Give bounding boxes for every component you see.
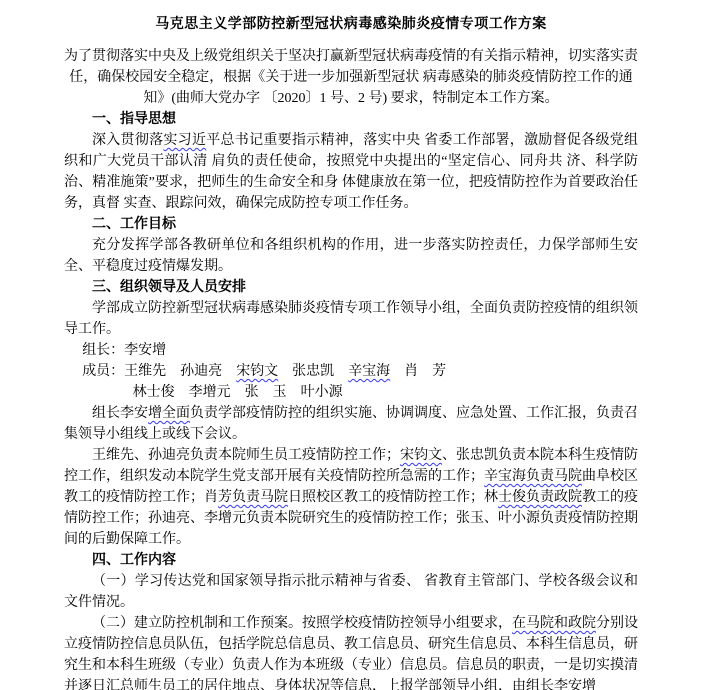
text-segment: 充分发挥学部各教研单位和各组织机构的作用，进一步落实防控责任，力保学部师生安全、… <box>64 238 638 274</box>
document-title: 马克思主义学部防控新型冠状病毒感染肺炎疫情专项工作方案 <box>64 14 638 35</box>
paragraph: （一）学习传达党和国家领导指示批示精神与省委、 省教育主管部门、学校各级会议和文… <box>64 571 638 613</box>
text-segment: 王维先、孙迪亮负责本院师生员工疫情防控工作； <box>92 448 400 463</box>
paragraph: 林士俊 李增元 张 玉 叶小源 <box>64 382 638 403</box>
paragraph: 学部成立防控新型冠状病毒感染肺炎疫情专项工作领导小组，全面负责防控疫情的组织领导… <box>64 298 638 340</box>
text-segment: 张忠凯 <box>278 364 348 379</box>
text-segment: 学部成立防控新型冠状病毒感染肺炎疫情专项工作领导小组，全面负责防控疫情的组织领导… <box>64 301 638 337</box>
paragraph: 王维先、孙迪亮负责本院师生员工疫情防控工作；宋钧文、张忠凯负责本院本科生疫情防控… <box>64 445 638 550</box>
paragraph: 组长李安增全面负责学部疫情防控的组织实施、协调调度、应急处置、工作汇报，负责召集… <box>64 403 638 445</box>
text-segment: 四、工作内容 <box>92 553 176 568</box>
spellcheck-wavy-underline: 在马院和政院 <box>512 616 596 631</box>
paragraph: 成员：王维先 孙迪亮 宋钧文 张忠凯 辛宝海 肖 芳 <box>64 361 638 382</box>
spellcheck-wavy-underline: 辛宝海 <box>348 364 390 379</box>
text-segment: 组长李安 <box>92 406 148 421</box>
paragraph: 为了贯彻落实中央及上级党组织关于坚决打赢新型冠状病毒疫情的有关指示精神，切实落实… <box>64 46 638 109</box>
text-segment: 肖 芳 <box>390 364 446 379</box>
section-heading: 四、工作内容 <box>64 550 638 571</box>
paragraph: 组长：李安增 <box>64 340 638 361</box>
paragraph: 充分发挥学部各教研单位和各组织机构的作用，进一步落实防控责任，力保学部师生安全、… <box>64 235 638 277</box>
paragraph: 深入贯彻落实习近平总书记重要指示精神，落实中央 省委工作部署，激励督促各级党组织… <box>64 130 638 214</box>
document-page: 马克思主义学部防控新型冠状病毒感染肺炎疫情专项工作方案 为了贯彻落实中央及上级党… <box>0 0 702 690</box>
spellcheck-wavy-underline: 实习近 <box>163 133 206 148</box>
spellcheck-wavy-underline: 宋钧文 <box>400 448 442 463</box>
text-segment: （一）学习传达党和国家领导指示批示精神与省委、 省教育主管部门、学校各级会议和文… <box>64 574 638 610</box>
spellcheck-wavy-underline: 增全面 <box>148 406 190 421</box>
text-segment: 为了贯彻落实中央及上级党组织关于坚决打赢新型冠状病毒疫情的有关指示精神，切实落实… <box>64 49 638 106</box>
text-segment: 一、指导思想 <box>92 112 176 127</box>
spellcheck-wavy-underline: 辛宝海负责马院 <box>484 469 582 484</box>
spellcheck-wavy-underline: 宋钧文 <box>236 364 278 379</box>
section-heading: 三、组织领导及人员安排 <box>64 277 638 298</box>
section-heading: 二、工作目标 <box>64 214 638 235</box>
section-heading: 一、指导思想 <box>64 109 638 130</box>
spellcheck-wavy-underline: 士俊负责政院 <box>498 490 582 505</box>
document-body: 为了贯彻落实中央及上级党组织关于坚决打赢新型冠状病毒疫情的有关指示精神，切实落实… <box>64 46 638 690</box>
text-segment: 组长：李安增 <box>82 343 166 358</box>
text-segment: 成员：王维先 孙迪亮 <box>82 364 236 379</box>
text-segment: 三、组织领导及人员安排 <box>92 280 246 295</box>
text-segment: 深入贯彻落 <box>92 133 163 148</box>
text-segment: 林士俊 李增元 张 玉 叶小源 <box>133 385 343 400</box>
paragraph: （二）建立防控机制和工作预案。按照学校疫情防控领导小组要求，在马院和政院分别设立… <box>64 613 638 690</box>
text-segment: 日照校区教工的疫情防控工作；林 <box>288 490 498 505</box>
text-segment: 二、工作目标 <box>92 217 176 232</box>
text-segment: （二）建立防控机制和工作预案。按照学校疫情防控领导小组要求， <box>92 616 512 631</box>
spellcheck-wavy-underline: 芳负责马院 <box>218 490 288 505</box>
